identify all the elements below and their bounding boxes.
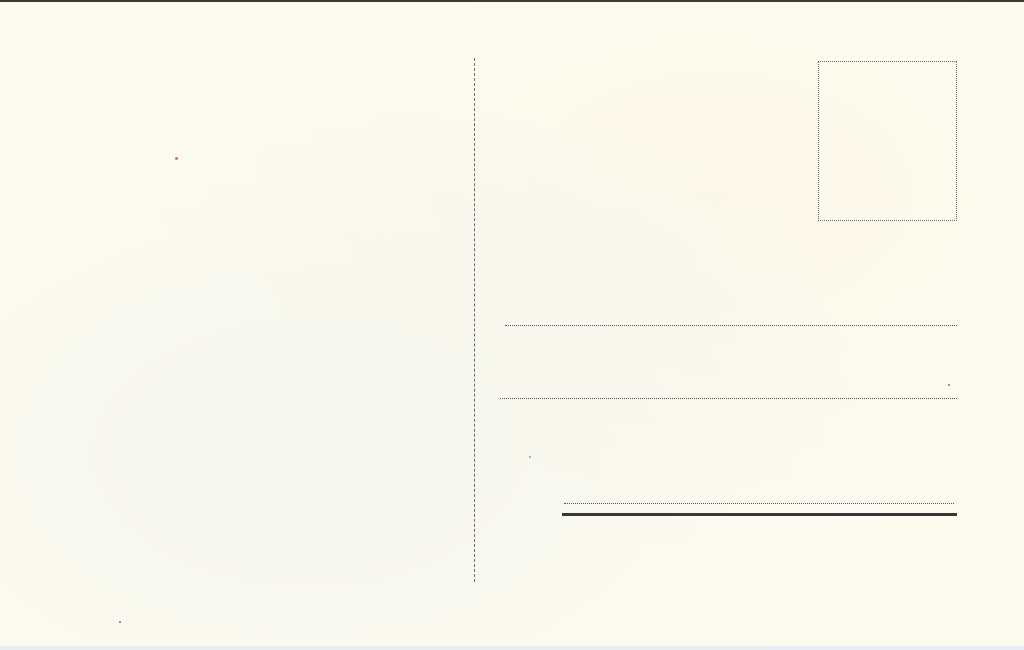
- paper-speck: [529, 456, 531, 458]
- address-line-2: [500, 398, 957, 399]
- address-line-3: [564, 503, 954, 504]
- paper-speck: [948, 384, 950, 386]
- address-line-solid: [562, 513, 957, 516]
- message-area: [0, 2, 470, 648]
- paper-speck: [175, 157, 178, 160]
- stamp-box: [818, 61, 957, 221]
- address-line-1: [505, 325, 957, 326]
- postcard-back: [0, 0, 1024, 646]
- paper-speck: [119, 621, 121, 623]
- center-divider-line: [474, 58, 475, 582]
